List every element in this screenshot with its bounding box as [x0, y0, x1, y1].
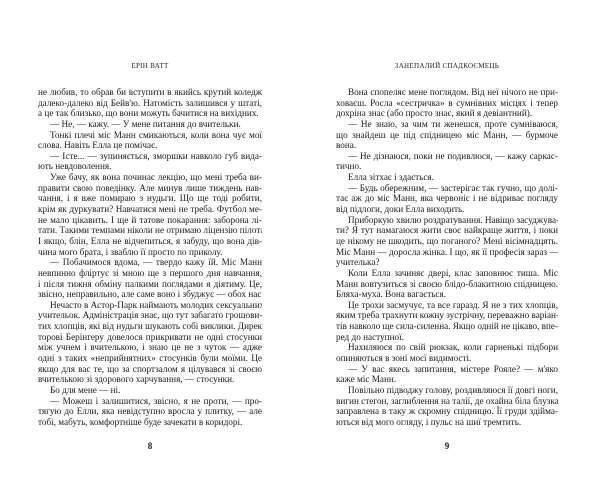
text-line: якщо для вас те, що за спортзалом я цілу…	[38, 364, 262, 375]
book-spread: ЕРІН ВАТТ не любив, то обрав би вступити…	[0, 0, 600, 495]
text-line: Нахиляюся по свій рюкзак, коли гарненькі…	[336, 342, 558, 353]
text-line: невпинно фліртує зі мною ще з першого дн…	[38, 268, 262, 279]
text-line: Манн вовтузиться зі своєю блідо-блакитно…	[336, 279, 558, 290]
text-line: Тонкі плечі міс Манн смикаються, коли во…	[38, 130, 262, 141]
text-line: ти? Я тут намагаюся жити своє найкраще ж…	[336, 225, 558, 236]
text-line: тично.	[336, 161, 558, 172]
page-number-right: 9	[336, 441, 558, 451]
text-line: ховаєш. Росла «сестричка» в сумнівних мі…	[336, 98, 558, 109]
text-line: Міс Манн — доросла жінка. І що, як її пр…	[336, 247, 558, 258]
text-line: Повільно підводжу голову, роздивляюся її…	[336, 385, 558, 396]
text-line: тих хлопців, які від нудьги шукають собі…	[38, 321, 262, 332]
text-line: не мало цікавить. І ще й татове покаранн…	[38, 215, 262, 226]
text-line: Нечасто в Астор-Парк наймають молодих се…	[38, 300, 262, 311]
page-number-left: 8	[38, 441, 262, 451]
text-line: крім як дуркувати? Навчатися мені не тре…	[38, 204, 262, 215]
text-line: слова. Навіть Елла це помічає.	[38, 140, 262, 151]
text-line: Уже бачу, як вона починає лекцію, що мен…	[38, 172, 262, 183]
text-line: що знайдеш це під спідницею міс Манн, — …	[336, 130, 558, 141]
running-head-author: ЕРІН ВАТТ	[38, 62, 262, 70]
left-page-body-text: не любив, то обрав би вступити в якийсь …	[38, 87, 262, 428]
text-line: одні з таких «неприйнятних» стосунків бу…	[38, 353, 262, 364]
text-line: ред до наступної.	[336, 332, 558, 343]
text-line: — Істе... — зупиняється, зморшки навколо…	[38, 151, 262, 162]
text-line: опиняються в зоні моєї видимості.	[336, 353, 558, 364]
text-line: — Будь обережним, — застерігає так гучно…	[336, 183, 558, 194]
left-page: ЕРІН ВАТТ не любив, то обрав би вступити…	[38, 0, 262, 495]
text-line: тає аж до міс Манн, яка червоніє і не ві…	[336, 193, 558, 204]
text-line: учительок. Адміністрація знає, що тут за…	[38, 310, 262, 321]
text-line: Коли Елла зачиняє двері, клас заповнює т…	[336, 268, 558, 279]
text-line: Це трохи засмучує, та все гаразд. Я не з…	[336, 300, 558, 311]
text-line: Бо для мене — ні.	[38, 385, 262, 396]
text-line: вигин стегон, заглиблення на талії, де о…	[336, 396, 558, 407]
text-line: вчителькою зі здорового харчування, — ст…	[38, 374, 262, 385]
text-line: Вона спопеляє мене поглядом. Від неї ніч…	[336, 87, 558, 98]
text-line: звісно, неправильно, але саме воно і збу…	[38, 289, 262, 300]
text-line: далеко-далеко від Бейв'ю. Натомість зали…	[38, 98, 262, 109]
text-line: учителька?	[336, 257, 558, 268]
text-line: від підлоги, доки Елла виходить.	[336, 204, 558, 215]
text-line: тів навколо ще сила-силенна. Якщо одній …	[336, 321, 558, 332]
text-line: — Побачимося вдома, — твердо кажу їй. Мі…	[38, 257, 262, 268]
text-line: тобі, мабуть, комфортніше буде зачекати …	[38, 417, 262, 428]
text-line: — У вас якесь запитання, містере Роялe? …	[336, 364, 558, 375]
text-line: — Не знаю, за чим ти женешся, проте сумн…	[336, 119, 558, 130]
text-line: тати. Такими темпами ніколи не отримаю л…	[38, 225, 262, 236]
text-line: торові Берінгеру довелося прикривати не …	[38, 332, 262, 343]
text-line: каже міс Манн.	[336, 374, 558, 385]
text-line: вона.	[336, 140, 558, 151]
text-line: дохріна знає (або просто знає, який я де…	[336, 108, 558, 119]
text-line: — Не, — кажу. — У мене питання до вчител…	[38, 119, 262, 130]
text-line: — Не дізнаюся, поки не подивлюся, — кажу…	[336, 151, 558, 162]
text-line: Приборкую хвилю роздратування. Навіщо за…	[336, 215, 558, 226]
text-line: чання, і я вже помираю з нудьги. Що ще т…	[38, 193, 262, 204]
text-line: між учнем і вчителькою, і знаю це не з ч…	[38, 342, 262, 353]
text-line: не любив, то обрав би вступити в якийсь …	[38, 87, 262, 98]
text-line: це нікому не шкодить, що поганого? Мені …	[336, 236, 558, 247]
text-line: яким треба трахнути кожну зустрічну, пер…	[336, 310, 558, 321]
text-line: заправлена в таку ж скромну спідницю. Її…	[336, 406, 558, 417]
text-line: І якщо, блін, Елла не відчепиться, я заб…	[38, 236, 262, 247]
text-line: Бляха-муха. Вона вагається.	[336, 289, 558, 300]
text-line: правити свою поведінку. Але минув лише т…	[38, 183, 262, 194]
right-page-body-text: Вона спопеляє мене поглядом. Від неї ніч…	[336, 87, 558, 428]
running-head-title: ЗАНЕПАЛИЙ СПАДКОЄМЕЦЬ	[336, 62, 558, 70]
text-line: а це так близько, що вони можуть бачитис…	[38, 108, 262, 119]
text-line: і після тижня обміну палкими поглядами я…	[38, 279, 262, 290]
right-page: ЗАНЕПАЛИЙ СПАДКОЄМЕЦЬ Вона спопеляє мене…	[336, 0, 558, 495]
text-line: чина мого брата, і зваблю її просто по п…	[38, 247, 262, 258]
text-line: ються від мого огляду, і пульс на шиї тр…	[336, 417, 558, 428]
text-line: Елла зітхає і здається.	[336, 172, 558, 183]
text-line: — Можеш і залишитися, звісно, я не проти…	[38, 396, 262, 407]
text-line: ють невдоволення.	[38, 161, 262, 172]
text-line: тягую до Елли, яка невідступно вросла у …	[38, 406, 262, 417]
